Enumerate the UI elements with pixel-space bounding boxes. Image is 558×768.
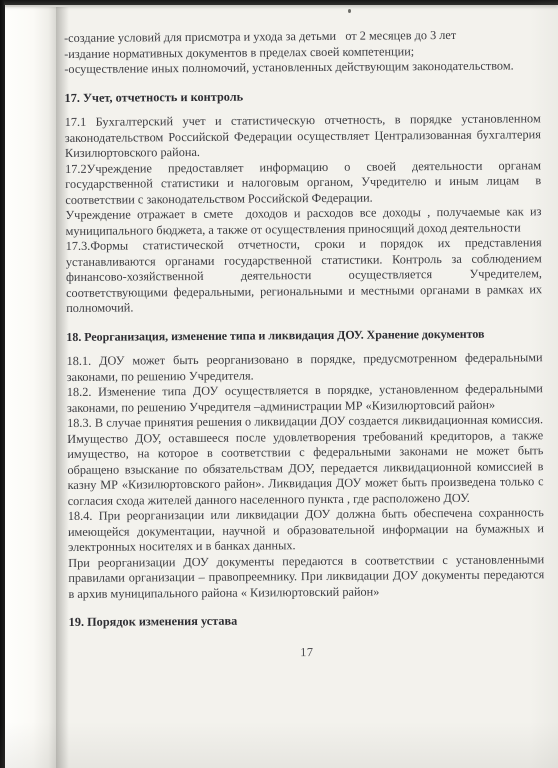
paragraph-other-powers: -осуществление иных полномочий, установл… (64, 58, 540, 77)
section-19-heading: 19. Порядок изменения устава (69, 611, 545, 630)
paragraph-17-1: 17.1 Бухгалтерский учет и статистическую… (65, 111, 541, 161)
paragraph-18-4-archive: При реорганизации ДОУ документы передают… (68, 552, 544, 602)
paragraph-18-4: 18.4. При реорганизации или ликвидации Д… (68, 505, 544, 555)
paragraph-17-3: 17.3.Формы статистической отчетности, ср… (66, 235, 543, 316)
paragraph-17-2: 17.2Учреждение предоставляет информацию … (65, 158, 541, 208)
document-content: -создание условий для присмотра и ухода … (64, 27, 545, 662)
paragraph-18-3: 18.3. В случае принятия решения о ликвид… (67, 412, 544, 509)
section-18-heading: 18. Реорганизация, изменение типа и ликв… (66, 326, 542, 345)
paragraph-18-2: 18.2. Изменение типа ДОУ осуществляется … (67, 381, 543, 416)
page-number: 17 (69, 643, 545, 662)
paragraph-18-1: 18.1. ДОУ может быть реорганизовано в по… (67, 350, 543, 385)
scan-top-edge (4, 0, 558, 5)
underlying-page-edge (5, 7, 56, 768)
scan-artifact-dot (348, 9, 351, 13)
scanned-page: -создание условий для присмотра и ухода … (0, 0, 558, 768)
section-17-heading: 17. Учет, отчетность и контроль (64, 87, 540, 106)
paragraph-17-2-budget: Учреждение отражает в смете доходов и ра… (65, 204, 541, 239)
